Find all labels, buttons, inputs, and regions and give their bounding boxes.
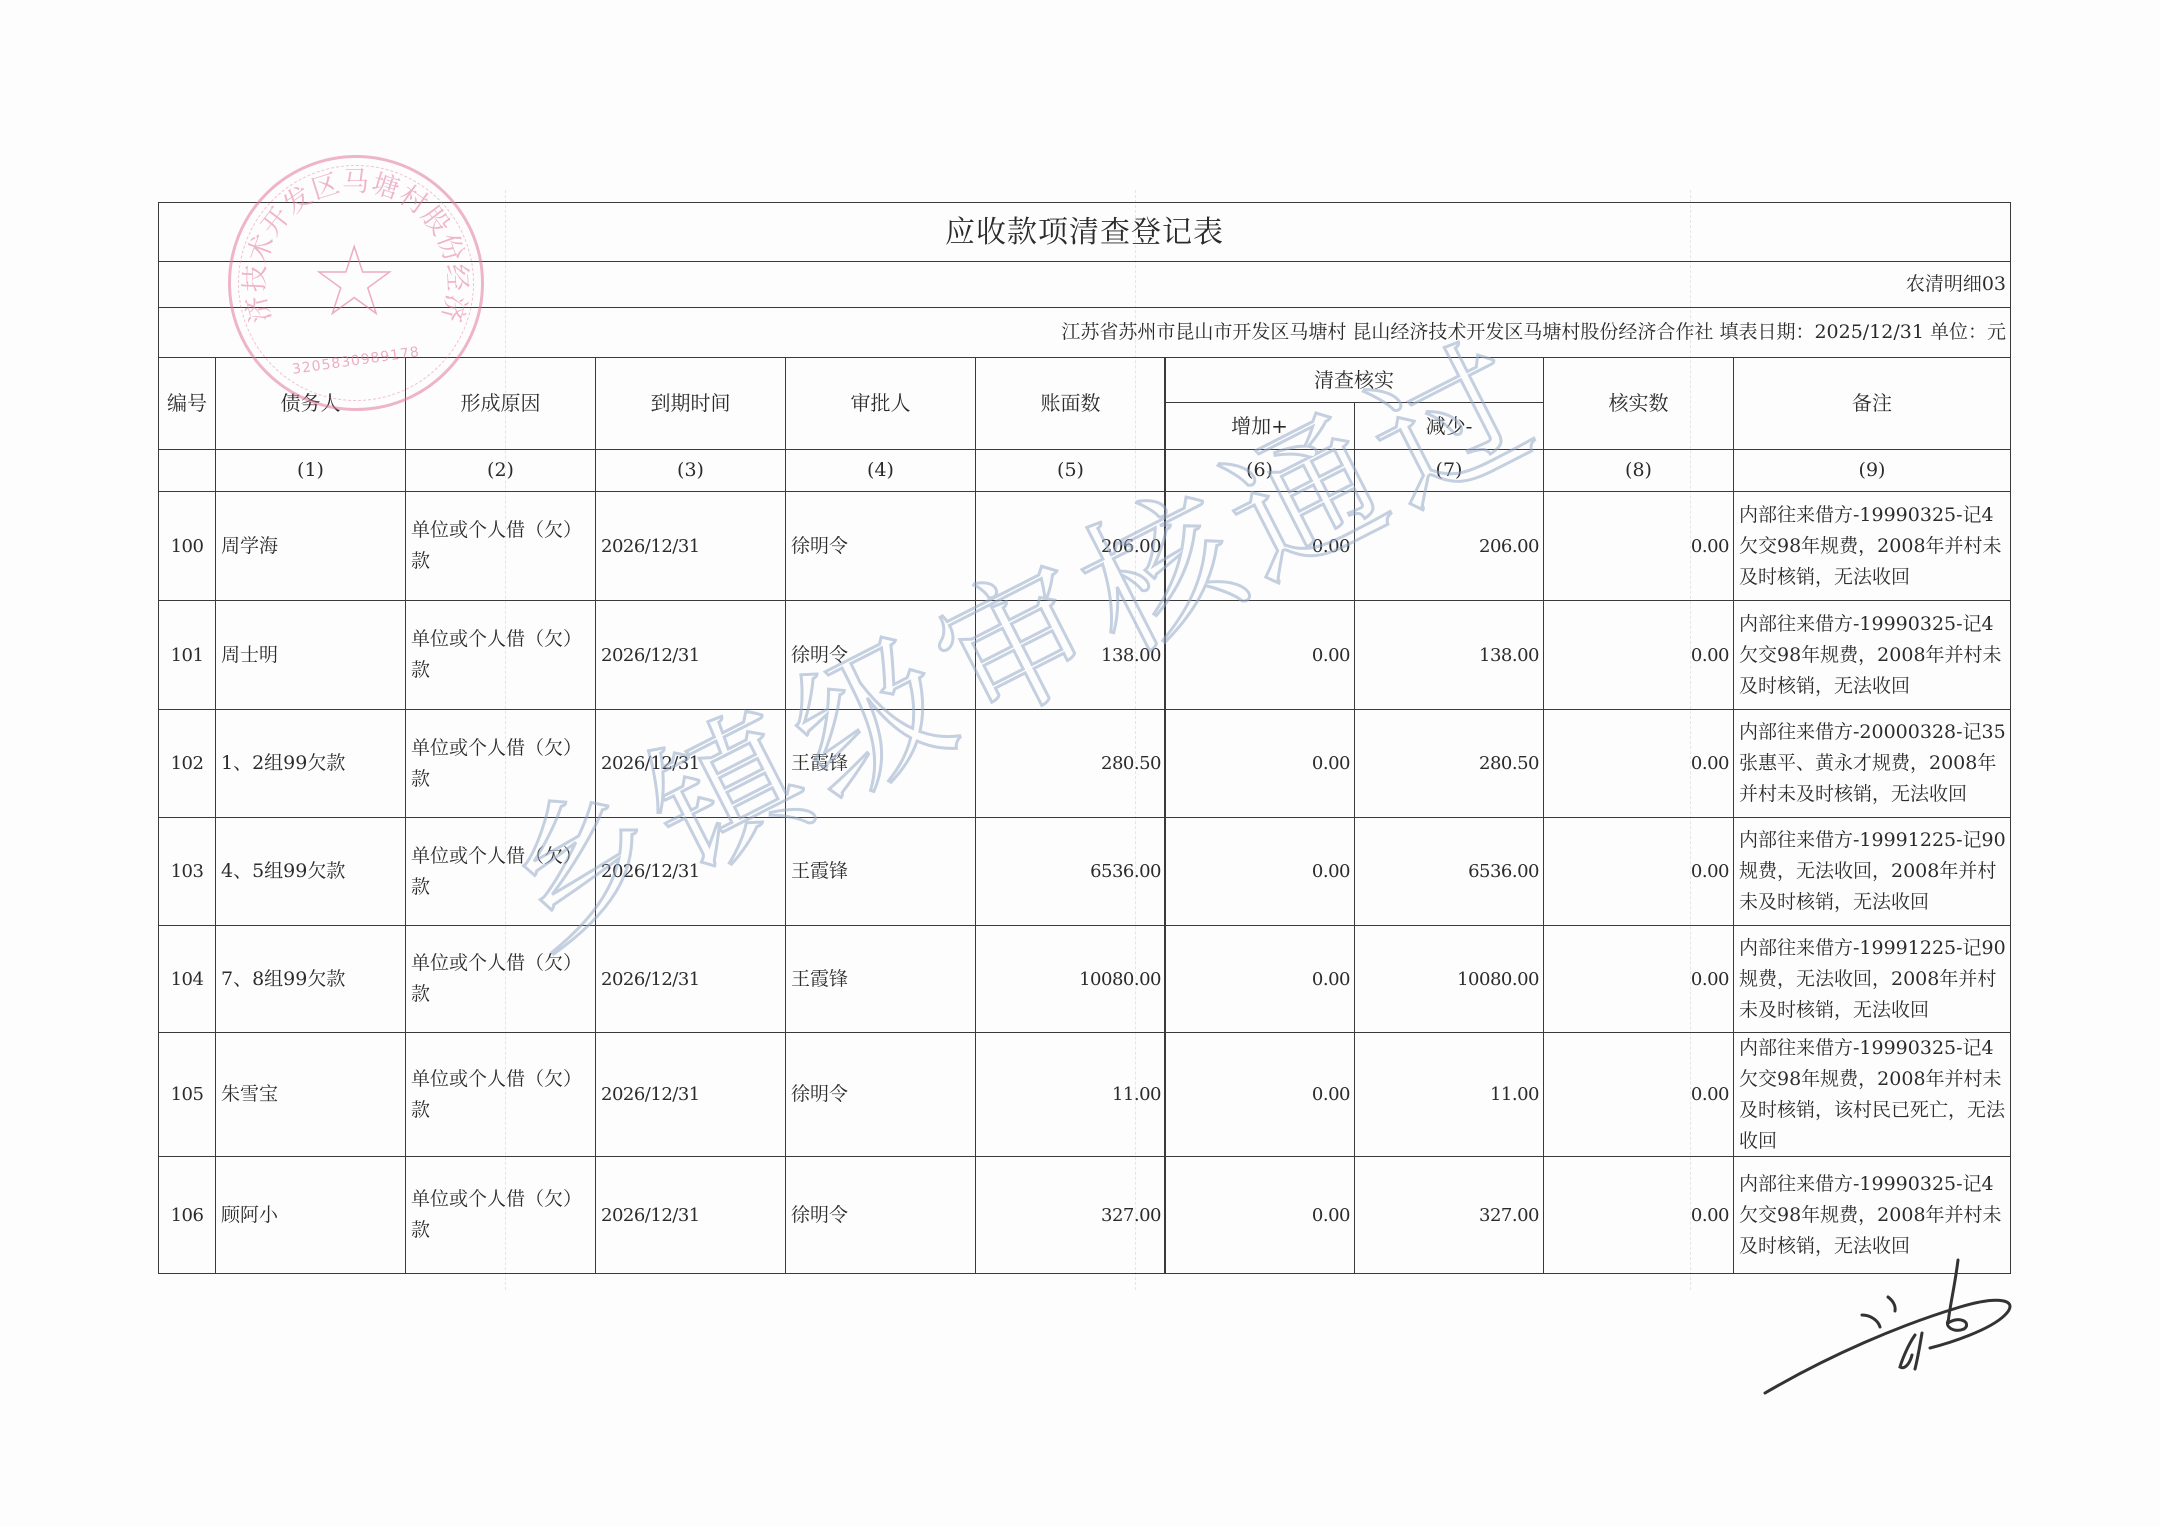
table-cell-due-date: 2026/12/31 <box>595 925 786 1033</box>
remarks-text: 内部往来借方-19990325-记4 欠交98年规费，2008年并村未及时核销，… <box>1739 1033 2006 1157</box>
table-cell-due-date: 2026/12/31 <box>595 709 786 818</box>
table-cell-approver: 王霞锋 <box>785 709 976 818</box>
approver-text: 徐明令 <box>791 640 848 671</box>
header-decrease: 减少- <box>1354 402 1544 450</box>
approver-text: 王霞锋 <box>791 856 848 887</box>
verified-amount-text: 0.00 <box>1691 1079 1729 1110</box>
receivables-table: 应收款项清查登记表 农清明细03 江苏省苏州市昆山市开发区马塘村 昆山经济技术开… <box>159 203 2012 1275</box>
document-page: 应收款项清查登记表 农清明细03 江苏省苏州市昆山市开发区马塘村 昆山经济技术开… <box>0 0 2160 1527</box>
no-text: 100 <box>171 531 204 562</box>
table-cell-remarks: 内部往来借方-19990325-记4 欠交98年规费，2008年并村未及时核销，… <box>1733 1032 2011 1157</box>
table-cell-due-date: 2026/12/31 <box>595 817 786 926</box>
table-cell-decrease: 10080.00 <box>1354 925 1544 1033</box>
approver-text: 王霞锋 <box>791 748 848 779</box>
table-cell-increase: 0.00 <box>1164 817 1355 926</box>
approver-text: 徐明令 <box>791 1200 848 1231</box>
table-cell-debtor: 顾阿小 <box>215 1156 406 1274</box>
increase-text: 0.00 <box>1312 748 1350 779</box>
due-date-text: 2026/12/31 <box>601 856 700 887</box>
table-cell-decrease: 206.00 <box>1354 491 1544 601</box>
column-index-9: (9) <box>1733 449 2011 492</box>
table-cell-verified-amount: 0.00 <box>1543 925 1734 1033</box>
column-index-8: (8) <box>1543 449 1734 492</box>
table-cell-remarks: 内部往来借方-20000328-记35张惠平、黄永才规费，2008年并村未及时核… <box>1733 709 2011 818</box>
due-date-text: 2026/12/31 <box>601 640 700 671</box>
increase-text: 0.00 <box>1312 856 1350 887</box>
table-cell-debtor: 周士明 <box>215 600 406 710</box>
book-amount-text: 327.00 <box>1101 1200 1161 1231</box>
no-text: 106 <box>171 1200 204 1231</box>
verified-amount-text: 0.00 <box>1691 964 1729 995</box>
table-cell-remarks: 内部往来借方-19991225-记90规费，无法收回，2008年并村未及时核销，… <box>1733 817 2011 926</box>
remarks-text: 内部往来借方-19991225-记90规费，无法收回，2008年并村未及时核销，… <box>1739 933 2006 1026</box>
verified-amount-text: 0.00 <box>1691 531 1729 562</box>
decrease-text: 327.00 <box>1479 1200 1539 1231</box>
table-cell-no: 103 <box>158 817 216 926</box>
column-index-3: (3) <box>595 449 786 492</box>
table-cell-due-date: 2026/12/31 <box>595 491 786 601</box>
due-date-text: 2026/12/31 <box>601 1200 700 1231</box>
table-cell-no: 100 <box>158 491 216 601</box>
header-increase: 增加+ <box>1164 402 1355 450</box>
table-cell-no: 105 <box>158 1032 216 1157</box>
table-cell-decrease: 280.50 <box>1354 709 1544 818</box>
decrease-text: 206.00 <box>1479 531 1539 562</box>
column-index-7: (7) <box>1354 449 1544 492</box>
table-cell-cause: 单位或个人借（欠）款 <box>405 817 596 926</box>
table-cell-no: 104 <box>158 925 216 1033</box>
book-amount-text: 6536.00 <box>1090 856 1161 887</box>
cause-text: 单位或个人借（欠）款 <box>411 841 591 903</box>
table-cell-increase: 0.00 <box>1164 600 1355 710</box>
column-index-1: (1) <box>215 449 406 492</box>
table-cell-debtor: 朱雪宝 <box>215 1032 406 1157</box>
table-cell-decrease: 11.00 <box>1354 1032 1544 1157</box>
column-index-6: (6) <box>1164 449 1355 492</box>
table-cell-approver: 徐明令 <box>785 491 976 601</box>
due-date-text: 2026/12/31 <box>601 964 700 995</box>
document-title: 应收款项清查登记表 <box>158 202 2011 262</box>
cause-text: 单位或个人借（欠）款 <box>411 624 591 686</box>
table-cell-remarks: 内部往来借方-19990325-记4 欠交98年规费，2008年并村未及时核销，… <box>1733 491 2011 601</box>
table-cell-increase: 0.00 <box>1164 709 1355 818</box>
remarks-text: 内部往来借方-19990325-记4 欠交98年规费，2008年并村未及时核销，… <box>1739 500 2006 593</box>
column-index-2: (2) <box>405 449 596 492</box>
debtor-text: 朱雪宝 <box>221 1079 278 1110</box>
table-cell-debtor: 4、5组99欠款 <box>215 817 406 926</box>
increase-text: 0.00 <box>1312 531 1350 562</box>
cause-text: 单位或个人借（欠）款 <box>411 733 591 795</box>
no-text: 101 <box>171 640 204 671</box>
remarks-text: 内部往来借方-20000328-记35张惠平、黄永才规费，2008年并村未及时核… <box>1739 717 2006 810</box>
decrease-text: 280.50 <box>1479 748 1539 779</box>
due-date-text: 2026/12/31 <box>601 1079 700 1110</box>
table-cell-book-amount: 138.00 <box>975 600 1166 710</box>
decrease-text: 6536.00 <box>1468 856 1539 887</box>
header-cause: 形成原因 <box>405 357 596 450</box>
table-cell-no: 106 <box>158 1156 216 1274</box>
table-cell-increase: 0.00 <box>1164 1032 1355 1157</box>
table-cell-due-date: 2026/12/31 <box>595 600 786 710</box>
no-text: 102 <box>171 748 204 779</box>
debtor-text: 4、5组99欠款 <box>221 856 345 887</box>
debtor-text: 7、8组99欠款 <box>221 964 345 995</box>
due-date-text: 2026/12/31 <box>601 748 700 779</box>
header-due-date: 到期时间 <box>595 357 786 450</box>
header-remarks: 备注 <box>1733 357 2011 450</box>
table-cell-no: 102 <box>158 709 216 818</box>
table-cell-debtor: 7、8组99欠款 <box>215 925 406 1033</box>
table-cell-book-amount: 10080.00 <box>975 925 1166 1033</box>
verified-amount-text: 0.00 <box>1691 856 1729 887</box>
table-cell-increase: 0.00 <box>1164 925 1355 1033</box>
remarks-text: 内部往来借方-19990325-记4 欠交98年规费，2008年并村未及时核销，… <box>1739 609 2006 702</box>
table-cell-approver: 徐明令 <box>785 1032 976 1157</box>
table-cell-verified-amount: 0.00 <box>1543 1156 1734 1274</box>
due-date-text: 2026/12/31 <box>601 531 700 562</box>
cause-text: 单位或个人借（欠）款 <box>411 1064 591 1126</box>
book-amount-text: 138.00 <box>1101 640 1161 671</box>
table-cell-cause: 单位或个人借（欠）款 <box>405 1032 596 1157</box>
column-index-5: (5) <box>975 449 1166 492</box>
remarks-text: 内部往来借方-19991225-记90规费，无法收回，2008年并村未及时核销，… <box>1739 825 2006 918</box>
header-verified-amount: 核实数 <box>1543 357 1734 450</box>
table-cell-decrease: 138.00 <box>1354 600 1544 710</box>
table-cell-verified-amount: 0.00 <box>1543 1032 1734 1157</box>
decrease-text: 138.00 <box>1479 640 1539 671</box>
table-cell-book-amount: 280.50 <box>975 709 1166 818</box>
increase-text: 0.00 <box>1312 640 1350 671</box>
table-cell-verified-amount: 0.00 <box>1543 491 1734 601</box>
debtor-text: 顾阿小 <box>221 1200 278 1231</box>
table-cell-approver: 王霞锋 <box>785 925 976 1033</box>
debtor-text: 周士明 <box>221 640 278 671</box>
table-cell-due-date: 2026/12/31 <box>595 1032 786 1157</box>
table-cell-increase: 0.00 <box>1164 1156 1355 1274</box>
table-cell-book-amount: 11.00 <box>975 1032 1166 1157</box>
table-cell-approver: 徐明令 <box>785 600 976 710</box>
decrease-text: 10080.00 <box>1457 964 1539 995</box>
verified-amount-text: 0.00 <box>1691 640 1729 671</box>
approver-text: 王霞锋 <box>791 964 848 995</box>
table-cell-cause: 单位或个人借（欠）款 <box>405 925 596 1033</box>
table-cell-debtor: 1、2组99欠款 <box>215 709 406 818</box>
book-amount-text: 10080.00 <box>1079 964 1161 995</box>
book-amount-text: 11.00 <box>1112 1079 1161 1110</box>
book-amount-text: 280.50 <box>1101 748 1161 779</box>
approver-text: 徐明令 <box>791 1079 848 1110</box>
table-cell-remarks: 内部往来借方-19991225-记90规费，无法收回，2008年并村未及时核销，… <box>1733 925 2011 1033</box>
approver-text: 徐明令 <box>791 531 848 562</box>
table-cell-no: 101 <box>158 600 216 710</box>
table-cell-book-amount: 6536.00 <box>975 817 1166 926</box>
table-cell-book-amount: 206.00 <box>975 491 1166 601</box>
increase-text: 0.00 <box>1312 1200 1350 1231</box>
header-book-amount: 账面数 <box>975 357 1166 450</box>
cause-text: 单位或个人借（欠）款 <box>411 515 591 577</box>
column-index-4: (4) <box>785 449 976 492</box>
cause-text: 单位或个人借（欠）款 <box>411 1184 591 1246</box>
table-cell-book-amount: 327.00 <box>975 1156 1166 1274</box>
table-cell-decrease: 6536.00 <box>1354 817 1544 926</box>
table-cell-cause: 单位或个人借（欠）款 <box>405 600 596 710</box>
cause-text: 单位或个人借（欠）款 <box>411 948 591 1010</box>
table-cell-remarks: 内部往来借方-19990325-记4 欠交98年规费，2008年并村未及时核销，… <box>1733 1156 2011 1274</box>
debtor-text: 1、2组99欠款 <box>221 748 345 779</box>
increase-text: 0.00 <box>1312 1079 1350 1110</box>
table-cell-verified-amount: 0.00 <box>1543 600 1734 710</box>
info-line: 江苏省苏州市昆山市开发区马塘村 昆山经济技术开发区马塘村股份经济合作社 填表日期… <box>158 307 2011 358</box>
table-cell-remarks: 内部往来借方-19990325-记4 欠交98年规费，2008年并村未及时核销，… <box>1733 600 2011 710</box>
verified-amount-text: 0.00 <box>1691 1200 1729 1231</box>
table-cell-cause: 单位或个人借（欠）款 <box>405 1156 596 1274</box>
table-cell-decrease: 327.00 <box>1354 1156 1544 1274</box>
header-debtor: 债务人 <box>215 357 406 450</box>
table-cell-cause: 单位或个人借（欠）款 <box>405 709 596 818</box>
index-blank <box>158 449 216 492</box>
table-cell-verified-amount: 0.00 <box>1543 817 1734 926</box>
form-code: 农清明细03 <box>158 261 2011 308</box>
table-cell-cause: 单位或个人借（欠）款 <box>405 491 596 601</box>
table-cell-verified-amount: 0.00 <box>1543 709 1734 818</box>
header-approver: 审批人 <box>785 357 976 450</box>
remarks-text: 内部往来借方-19990325-记4 欠交98年规费，2008年并村未及时核销，… <box>1739 1169 2006 1262</box>
decrease-text: 11.00 <box>1490 1079 1539 1110</box>
no-text: 104 <box>171 964 204 995</box>
debtor-text: 周学海 <box>221 531 278 562</box>
no-text: 105 <box>171 1079 204 1110</box>
book-amount-text: 206.00 <box>1101 531 1161 562</box>
table-cell-increase: 0.00 <box>1164 491 1355 601</box>
table-cell-due-date: 2026/12/31 <box>595 1156 786 1274</box>
header-no: 编号 <box>158 357 216 450</box>
table-cell-approver: 徐明令 <box>785 1156 976 1274</box>
table-cell-debtor: 周学海 <box>215 491 406 601</box>
no-text: 103 <box>171 856 204 887</box>
verified-amount-text: 0.00 <box>1691 748 1729 779</box>
table-cell-approver: 王霞锋 <box>785 817 976 926</box>
increase-text: 0.00 <box>1312 964 1350 995</box>
header-verification-group: 清查核实 <box>1164 357 1544 403</box>
